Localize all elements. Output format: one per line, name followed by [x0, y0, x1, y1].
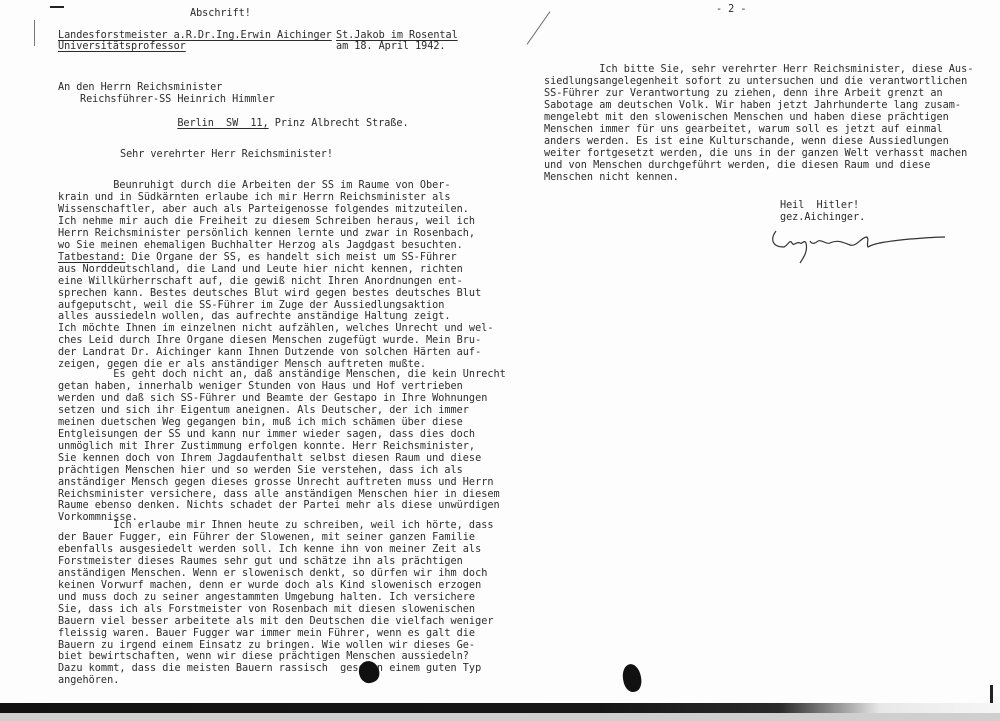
- text-line: alles aussiedeln wollen, das aufrechte a…: [58, 311, 493, 323]
- text-line: Entgleisungen der SS und kann nur immer …: [58, 429, 506, 441]
- paragraph-1: Beunruhigt durch die Arbeiten der SS im …: [58, 180, 475, 252]
- text-line: angehören.: [58, 675, 493, 687]
- text-line: meinen duetschen Weg gegangen bin, muß i…: [58, 417, 506, 429]
- text-line: keinen Vorwurf machen, denn er wurde doc…: [58, 580, 493, 592]
- margin-punch-mark: [34, 20, 35, 46]
- tatbestand-label: Tatbestand:: [58, 252, 125, 263]
- text-line: Sie kennen doch von Ihrem Jagdaufenthalt…: [58, 453, 506, 465]
- page-number: - 2 -: [716, 4, 746, 16]
- scan-edge-bar: [0, 703, 1000, 713]
- text-line: der Landrat Dr. Aichinger kann Ihnen Dut…: [58, 347, 493, 359]
- text-line: werden und daß sich SS-Führer und Beamte…: [58, 393, 506, 405]
- text-line: Reichsminister versichere, dass alle ans…: [58, 489, 506, 501]
- text-line: mengelebt mit den slowenischen Menschen …: [544, 112, 973, 124]
- text-line: weiter fortgesetzt werden, die uns in de…: [544, 148, 973, 160]
- text-line: Menschen immer für uns gearbeitet, warum…: [544, 124, 973, 136]
- text-line: Bauern viel besser arbeitete als mit den…: [58, 616, 493, 628]
- text-line: biet bewirtschaften, wenn wir diese präc…: [58, 651, 493, 663]
- text-line: Sie, dass ich als Forstmeister von Rosen…: [58, 604, 493, 616]
- scan-edge-strip: [0, 713, 1000, 721]
- margin-dash-mark: [50, 6, 64, 8]
- text-line: aufgeputscht, weil die SS-Führer im Zuge…: [58, 300, 493, 312]
- text-line: ebenfalls ausgesiedelt werden soll. Ich …: [58, 544, 493, 556]
- text-line: Tatbestand: Die Organe der SS, es handel…: [58, 252, 493, 264]
- date: am 18. April 1942.: [336, 41, 446, 53]
- text-line: siedlungsangelegenheit sofort zu untersu…: [544, 76, 973, 88]
- header-note: Abschrift!: [190, 8, 251, 20]
- text-line: Ich erlaube mir Ihnen heute zu schreiben…: [58, 520, 493, 532]
- text-line: Ich nehme mir auch die Freiheit zu diese…: [58, 216, 475, 228]
- ink-blot: [621, 663, 644, 694]
- paragraph-3: Ich erlaube mir Ihnen heute zu schreiben…: [58, 520, 493, 687]
- handwritten-signature: [770, 225, 950, 275]
- text-line: anders werden. Es ist eine Kulturschande…: [544, 136, 973, 148]
- text-line: ches Leid durch Ihre Organe diesen Mensc…: [58, 335, 493, 347]
- sender-line-2: Universitätsprofessor: [58, 41, 186, 53]
- text-line: wo Sie meinen ehemaligen Buchhalter Herz…: [58, 240, 475, 252]
- salutation: Sehr verehrter Herr Reichsminister!: [120, 149, 333, 161]
- text-line: Raume ebenso denken. Nichts schadet der …: [58, 500, 506, 512]
- recipient-line-2: Reichsführer-SS Heinrich Himmler: [80, 94, 275, 106]
- text-line: eine Willkürherrschaft auf, die gewiß ni…: [58, 276, 493, 288]
- text-line: Menschen nicht kennen.: [544, 172, 973, 184]
- page-2: - 2 - Ich bitte Sie, sehr verehrter Herr…: [520, 0, 1000, 721]
- text-line: getan haben, innerhalb weniger Stunden v…: [58, 381, 506, 393]
- text-line: Sabotage am deutschen Volk. Wir haben je…: [544, 100, 973, 112]
- text-line: Forstmeister dieses Raumes sehr gut und …: [58, 556, 493, 568]
- text-line: prächtigen Menschen hier und so werden S…: [58, 465, 506, 477]
- closing-line-2: gez.Aichinger.: [780, 212, 865, 224]
- recipient-city: Berlin SW 11,: [177, 118, 268, 129]
- paragraph-1-tatbestand: Tatbestand: Die Organe der SS, es handel…: [58, 252, 493, 372]
- paragraph-2: Es geht doch nicht an, daß anständige Me…: [58, 369, 506, 524]
- text-line: aus Norddeutschland, die Land und Leute …: [58, 264, 493, 276]
- page-1: Abschrift! Landesforstmeister a.R.Dr.Ing…: [0, 0, 520, 721]
- closing-line-1: Heil Hitler!: [780, 200, 859, 212]
- text-line: unmöglich mit Ihrer Zustimmung erfolgen …: [58, 441, 506, 453]
- text-line: Herrn Reichsminister persönlich kennen l…: [58, 228, 475, 240]
- text-line: und von Menschen durchgeführt werden, di…: [544, 160, 973, 172]
- margin-mark: [990, 685, 993, 703]
- text-line: anständigen Menschen. Wenn er slowenisch…: [58, 568, 493, 580]
- text-line: Es geht doch nicht an, daß anständige Me…: [58, 369, 506, 381]
- recipient-street: Prinz Albrecht Straße.: [269, 118, 409, 129]
- text-line: sprechen kann. Bestes deutsches Blut wir…: [58, 288, 493, 300]
- paragraph-final: Ich bitte Sie, sehr verehrter Herr Reich…: [544, 64, 973, 184]
- text-line: Bauern zu irgend einem Einsatz zu bringe…: [58, 640, 493, 652]
- text-line: Ich möchte Ihnen im einzelnen nicht aufz…: [58, 323, 493, 335]
- recipient-address: Berlin SW 11, Prinz Albrecht Straße.: [153, 106, 409, 142]
- text-line: und muss doch zu seiner angestammten Umg…: [58, 592, 493, 604]
- margin-slash-mark: [527, 11, 551, 44]
- recipient-line-1: An den Herrn Reichsminister: [58, 82, 222, 94]
- text-line: SS-Führer zur Verantwortung zu ziehen, d…: [544, 88, 973, 100]
- text-line: der Bauer Fugger, ein Führer der Slowene…: [58, 532, 493, 544]
- text-line: Ich bitte Sie, sehr verehrter Herr Reich…: [544, 64, 973, 76]
- text-line: fleissig waren. Bauer Fugger war immer m…: [58, 628, 493, 640]
- text-line: Dazu kommt, dass die meisten Bauern rass…: [58, 663, 493, 675]
- text-line: setzen und sich ihr Eigentum aneignen. A…: [58, 405, 506, 417]
- text-line: krain und in Südkärnten erlaube ich mir …: [58, 192, 475, 204]
- text-line: Wissenschaftler, aber auch als Parteigen…: [58, 204, 475, 216]
- text-line: Beunruhigt durch die Arbeiten der SS im …: [58, 180, 475, 192]
- text-line: anständiger Mensch gegen dieses grosse U…: [58, 477, 506, 489]
